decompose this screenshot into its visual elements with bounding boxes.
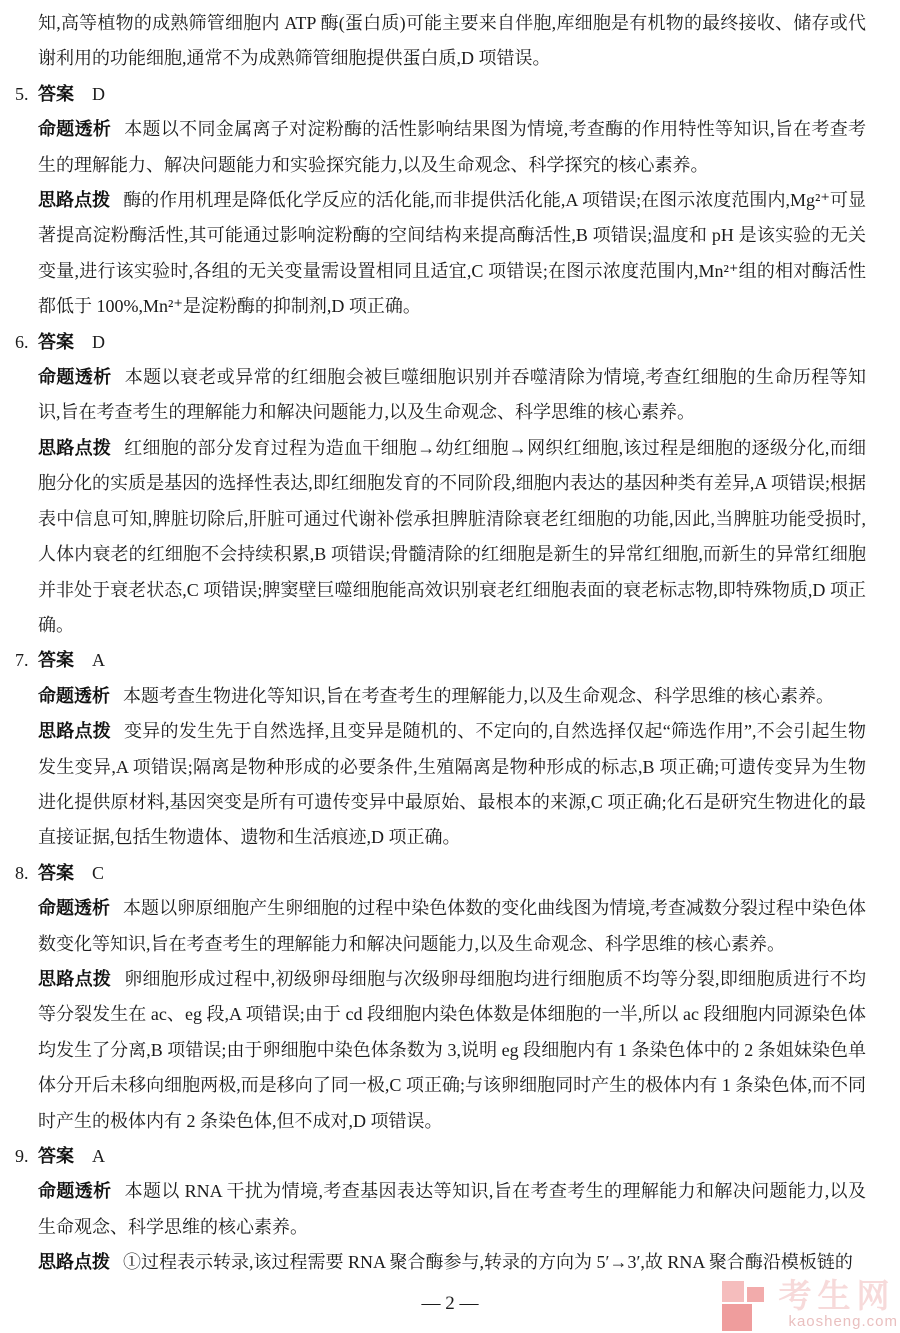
analysis-text: 本题以衰老或异常的红细胞会被巨噬细胞识别并吞噬清除为情境,考查红细胞的生命历程等… xyxy=(38,367,866,422)
tips-text: ①过程表示转录,该过程需要 RNA 聚合酶参与,转录的方向为 5′→3′,故 R… xyxy=(123,1252,853,1272)
answer-item-8: 8.答案C 命题透析本题以卵原细胞产生卵细胞的过程中染色体数的变化曲线图为情境,… xyxy=(38,856,866,1139)
analysis-text: 本题考查生物进化等知识,旨在考查考生的理解能力,以及生命观念、科学思维的核心素养… xyxy=(123,686,834,706)
analysis-label: 命题透析 xyxy=(38,367,112,387)
answer-line: 7.答案A xyxy=(38,643,866,678)
answer-label: 答案 xyxy=(38,863,74,883)
analysis-paragraph: 命题透析本题以衰老或异常的红细胞会被巨噬细胞识别并吞噬清除为情境,考查红细胞的生… xyxy=(38,360,866,431)
answer-value: A xyxy=(92,1146,105,1166)
answer-item-6: 6.答案D 命题透析本题以衰老或异常的红细胞会被巨噬细胞识别并吞噬清除为情境,考… xyxy=(38,325,866,644)
tips-label: 思路点拨 xyxy=(38,190,110,210)
tips-paragraph: 思路点拨卵细胞形成过程中,初级卵母细胞与次级卵母细胞均进行细胞质不均等分裂,即细… xyxy=(38,962,866,1139)
tips-text: 红细胞的部分发育过程为造血干细胞→幼红细胞→网织红细胞,该过程是细胞的逐级分化,… xyxy=(38,438,866,635)
item-number: 7. xyxy=(15,643,38,678)
tips-text: 酶的作用机理是降低化学反应的活化能,而非提供活化能,A 项错误;在图示浓度范围内… xyxy=(38,190,866,316)
answer-label: 答案 xyxy=(38,650,74,670)
answer-line: 8.答案C xyxy=(38,856,866,891)
tips-text: 卵细胞形成过程中,初级卵母细胞与次级卵母细胞均进行细胞质不均等分裂,即细胞质进行… xyxy=(38,969,866,1131)
tips-paragraph: 思路点拨红细胞的部分发育过程为造血干细胞→幼红细胞→网织红细胞,该过程是细胞的逐… xyxy=(38,431,866,643)
answer-item-9: 9.答案A 命题透析本题以 RNA 干扰为情境,考查基因表达等知识,旨在考查考生… xyxy=(38,1139,866,1281)
item-number: 5. xyxy=(15,77,38,112)
analysis-label: 命题透析 xyxy=(38,119,111,139)
answer-line: 5.答案D xyxy=(38,77,866,112)
continuation-text: 知,高等植物的成熟筛管细胞内 ATP 酶(蛋白质)可能主要来自伴胞,库细胞是有机… xyxy=(38,13,866,68)
answer-value: C xyxy=(92,863,104,883)
answer-value: D xyxy=(92,332,105,352)
answer-item-7: 7.答案A 命题透析本题考查生物进化等知识,旨在考查考生的理解能力,以及生命观念… xyxy=(38,643,866,855)
continuation-paragraph: 知,高等植物的成熟筛管细胞内 ATP 酶(蛋白质)可能主要来自伴胞,库细胞是有机… xyxy=(38,6,866,77)
tips-paragraph: 思路点拨①过程表示转录,该过程需要 RNA 聚合酶参与,转录的方向为 5′→3′… xyxy=(38,1245,866,1280)
analysis-paragraph: 命题透析本题以 RNA 干扰为情境,考查基因表达等知识,旨在考查考生的理解能力和… xyxy=(38,1174,866,1245)
document-page: 知,高等植物的成熟筛管细胞内 ATP 酶(蛋白质)可能主要来自伴胞,库细胞是有机… xyxy=(0,0,900,1333)
analysis-paragraph: 命题透析本题考查生物进化等知识,旨在考查考生的理解能力,以及生命观念、科学思维的… xyxy=(38,679,866,714)
analysis-paragraph: 命题透析本题以不同金属离子对淀粉酶的活性影响结果图为情境,考查酶的作用特性等知识… xyxy=(38,112,866,183)
answer-label: 答案 xyxy=(38,1146,74,1166)
tips-paragraph: 思路点拨变异的发生先于自然选择,且变异是随机的、不定向的,自然选择仅起“筛选作用… xyxy=(38,714,866,856)
page-footer: — 2 — xyxy=(0,1289,900,1319)
tips-paragraph: 思路点拨酶的作用机理是降低化学反应的活化能,而非提供活化能,A 项错误;在图示浓… xyxy=(38,183,866,325)
tips-label: 思路点拨 xyxy=(38,721,111,741)
analysis-label: 命题透析 xyxy=(38,1181,112,1201)
page-number: — 2 — xyxy=(422,1293,479,1314)
answer-value: A xyxy=(92,650,105,670)
analysis-label: 命题透析 xyxy=(38,686,110,706)
item-number: 9. xyxy=(15,1139,38,1174)
analysis-label: 命题透析 xyxy=(38,898,110,918)
item-number: 6. xyxy=(15,325,38,360)
answer-label: 答案 xyxy=(38,332,74,352)
item-number: 8. xyxy=(15,856,38,891)
tips-text: 变异的发生先于自然选择,且变异是随机的、不定向的,自然选择仅起“筛选作用”,不会… xyxy=(38,721,866,847)
tips-label: 思路点拨 xyxy=(38,969,111,989)
analysis-text: 本题以卵原细胞产生卵细胞的过程中染色体数的变化曲线图为情境,考查减数分裂过程中染… xyxy=(38,898,866,953)
analysis-text: 本题以 RNA 干扰为情境,考查基因表达等知识,旨在考查考生的理解能力和解决问题… xyxy=(38,1181,866,1236)
answer-value: D xyxy=(92,84,105,104)
answer-item-5: 5.答案D 命题透析本题以不同金属离子对淀粉酶的活性影响结果图为情境,考查酶的作… xyxy=(38,77,866,325)
answer-label: 答案 xyxy=(38,84,74,104)
analysis-text: 本题以不同金属离子对淀粉酶的活性影响结果图为情境,考查酶的作用特性等知识,旨在考… xyxy=(38,119,866,174)
analysis-paragraph: 命题透析本题以卵原细胞产生卵细胞的过程中染色体数的变化曲线图为情境,考查减数分裂… xyxy=(38,891,866,962)
tips-label: 思路点拨 xyxy=(38,1252,110,1272)
answer-line: 6.答案D xyxy=(38,325,866,360)
tips-label: 思路点拨 xyxy=(38,438,111,458)
answer-line: 9.答案A xyxy=(38,1139,866,1174)
